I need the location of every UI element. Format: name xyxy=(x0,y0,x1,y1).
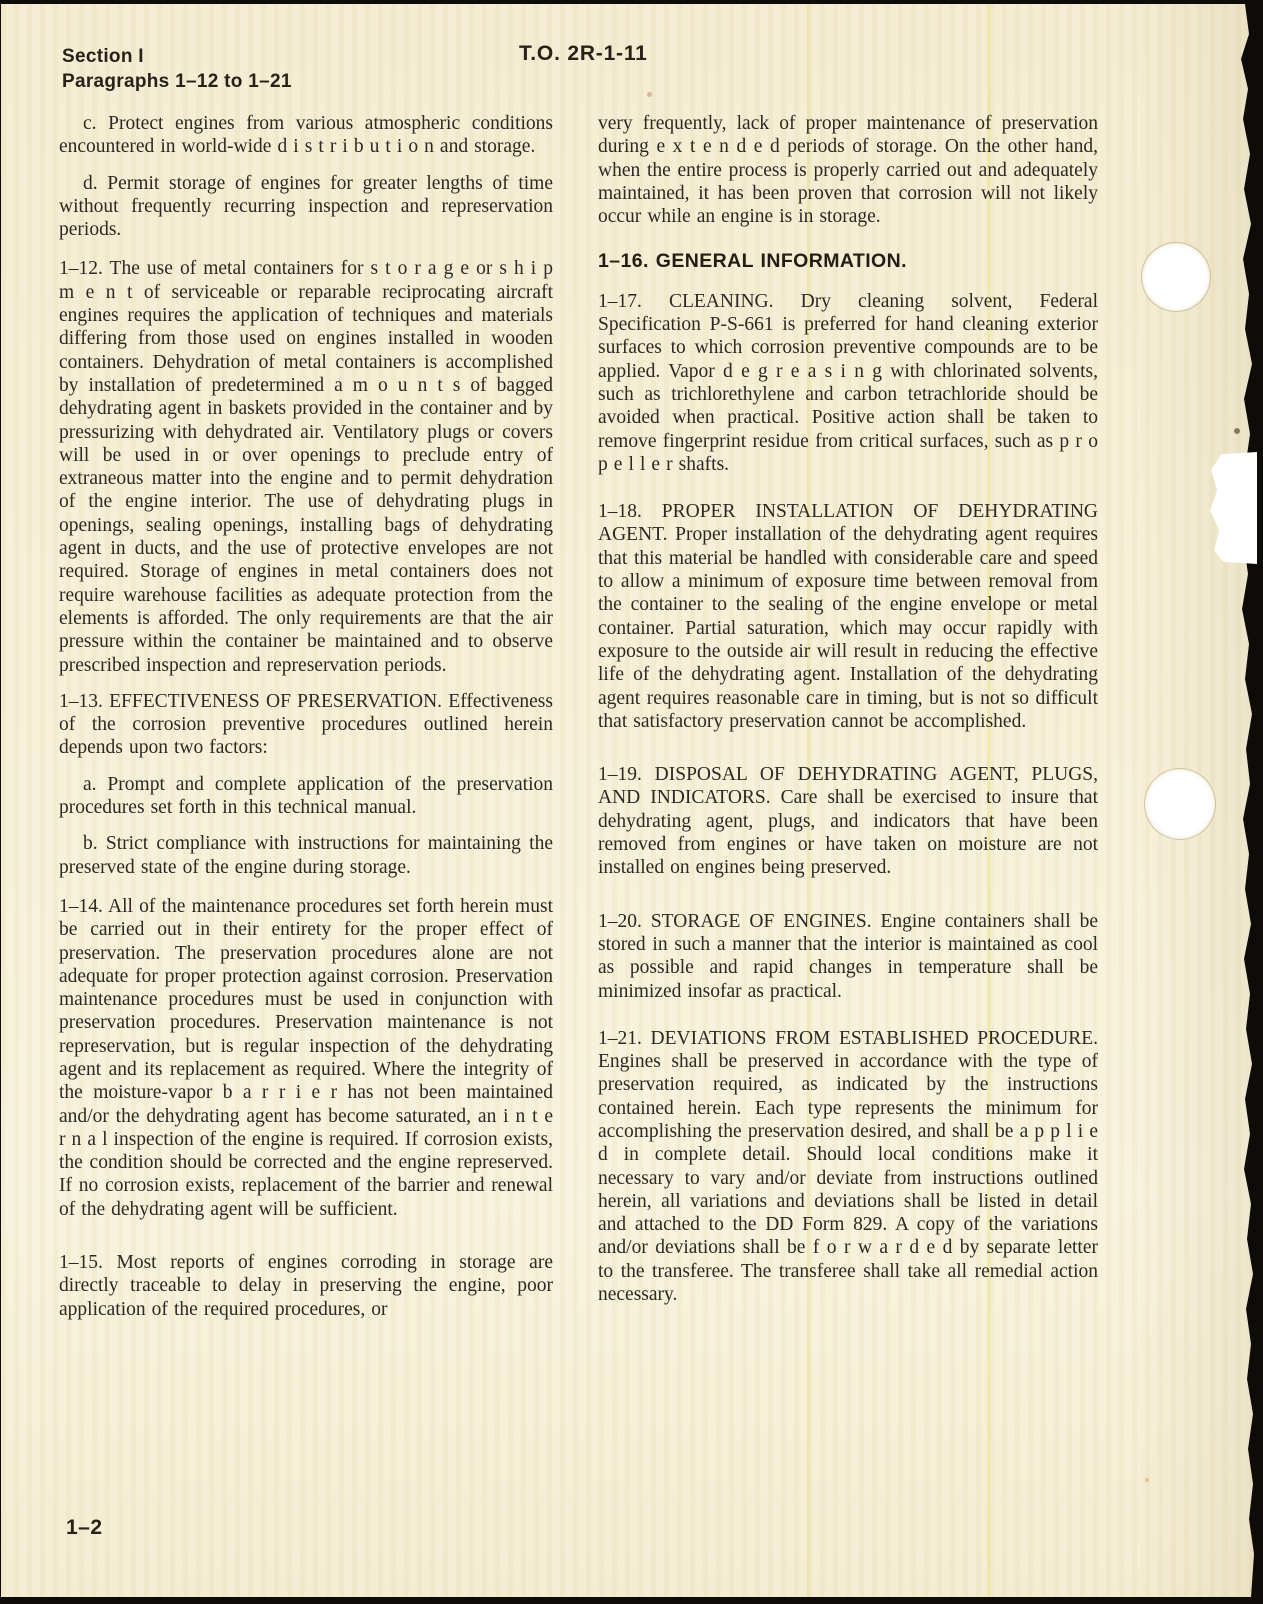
paragraph-1-15-continuation: very frequently, lack of proper maintena… xyxy=(598,112,1098,228)
page-number: 1–2 xyxy=(66,1516,103,1540)
item-a: a. Prompt and complete application of th… xyxy=(59,773,553,820)
paragraph-1-20: 1–20. STORAGE OF ENGINES. Engine contain… xyxy=(598,910,1098,1003)
item-c: c. Protect engines from various atmosphe… xyxy=(59,112,553,159)
paper-speck xyxy=(1234,428,1240,434)
paragraph-1-12: 1–12. The use of metal containers for s … xyxy=(59,257,553,676)
paragraph-1-18: 1–18. PROPER INSTALLATION OF DEHYDRATING… xyxy=(598,500,1098,733)
item-b: b. Strict compliance with instructions f… xyxy=(59,832,553,879)
right-column: very frequently, lack of proper maintena… xyxy=(598,112,1098,1306)
paper-speck xyxy=(1145,1478,1149,1482)
item-d: d. Permit storage of engines for greater… xyxy=(59,172,553,242)
paragraph-1-21: 1–21. DEVIATIONS FROM ESTABLISHED PROCED… xyxy=(598,1027,1098,1307)
paragraph-1-13: 1–13. EFFECTIVENESS OF PRESERVATION. Eff… xyxy=(59,690,553,760)
left-column: c. Protect engines from various atmosphe… xyxy=(59,112,553,1321)
document-page: Section I Paragraphs 1–12 to 1–21 T.O. 2… xyxy=(1,4,1256,1597)
page-header-left: Section I Paragraphs 1–12 to 1–21 xyxy=(62,44,292,94)
paragraph-1-14: 1–14. All of the maintenance procedures … xyxy=(59,895,553,1221)
heading-1-16: 1–16. GENERAL INFORMATION. xyxy=(598,250,1098,273)
paragraph-1-15: 1–15. Most reports of engines corroding … xyxy=(59,1251,553,1321)
paragraph-1-17: 1–17. CLEANING. Dry cleaning solvent, Fe… xyxy=(598,290,1098,476)
scanned-page-canvas: Section I Paragraphs 1–12 to 1–21 T.O. 2… xyxy=(0,0,1263,1604)
punch-hole-middle xyxy=(1145,769,1215,839)
technical-order-number: T.O. 2R-1-11 xyxy=(519,42,648,66)
paragraph-range: Paragraphs 1–12 to 1–21 xyxy=(62,69,292,94)
paper-speck xyxy=(647,92,652,97)
punch-hole-top xyxy=(1142,243,1210,311)
paragraph-1-19: 1–19. DISPOSAL OF DEHYDRATING AGENT, PLU… xyxy=(598,763,1098,879)
section-title: Section I xyxy=(62,44,292,69)
